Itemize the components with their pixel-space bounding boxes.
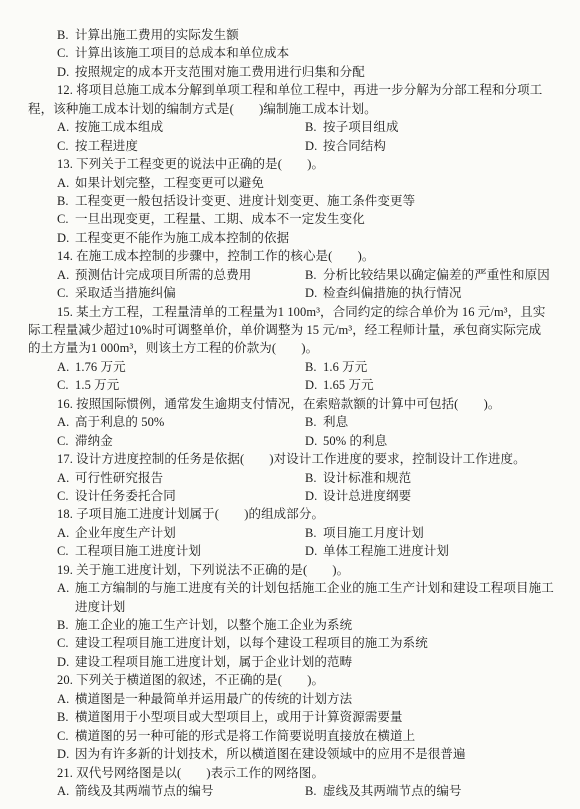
option-line: A.如果计划完整，工程变更可以避免	[28, 174, 555, 192]
text-line: 进度计划	[28, 598, 555, 616]
option-line: C.建设工程项目施工进度计划，以每个建设工程项目的施工为系统	[28, 634, 555, 652]
option-line: A.横道图是一种最简单并运用最广的传统的计划方法	[28, 690, 555, 708]
option-cell: A.预测估计完成项目所需的总费用	[57, 266, 305, 284]
text-line: 际工程量减少超过10%时可调整单价，单价调整为 15 元/m³，经工程师计量，承…	[28, 321, 555, 339]
question-line: 14. 在施工成本控制的步骤中，控制工作的核心是( )。	[28, 247, 555, 265]
option-label: A.	[57, 579, 75, 597]
option-text: 1.5 万元	[75, 378, 119, 392]
option-label: B.	[305, 266, 323, 284]
option-label: A.	[57, 413, 75, 431]
option-cell: A.高于利息的 50%	[57, 413, 305, 431]
option-label: A.	[57, 358, 75, 376]
option-text: 单体工程施工进度计划	[323, 544, 449, 558]
option-text: 施工方编制的与施工进度有关的计划包括施工企业的施工生产计划和建设工程项目施工	[75, 581, 554, 595]
option-cell: B.1.6 万元	[305, 358, 555, 376]
option-line: B.工程变更一般包括设计变更、进度计划变更、施工条件变更等	[28, 192, 555, 210]
question-line: 15. 某土方工程，工程量清单的工程量为1 100m³，合同约定的综合单价为 1…	[28, 303, 555, 321]
option-label: A.	[57, 469, 75, 487]
option-label: D.	[57, 745, 75, 763]
option-text: 利息	[323, 415, 348, 429]
option-text: 采取适当措施纠偏	[75, 286, 176, 300]
option-cell: B.虚线及其两端节点的编号	[305, 782, 555, 800]
option-text: 箭线及其两端节点的编号	[75, 784, 214, 798]
option-cell: B.按子项目组成	[305, 118, 555, 136]
option-label: D.	[305, 137, 323, 155]
option-row: C.工程项目施工进度计划D.单体工程施工进度计划	[28, 542, 555, 560]
exam-page: B.计算出施工费用的实际发生额C.计算出该施工项目的总成本和单位成本D.按照规定…	[0, 0, 580, 809]
option-text: 建设工程项目施工进度计划，以每个建设工程项目的施工为系统	[75, 636, 428, 650]
option-label: D.	[57, 229, 75, 247]
option-cell: C.1.5 万元	[57, 376, 305, 394]
option-row: C.滞纳金D.50% 的利息	[28, 432, 555, 450]
option-text: 计算出施工费用的实际发生额	[75, 28, 239, 42]
option-line: D.建设工程项目施工进度计划，属于企业计划的范畴	[28, 653, 555, 671]
option-line: B.横道图用于小型项目或大型项目上，或用于计算资源需要量	[28, 708, 555, 726]
option-text: 横道图是一种最简单并运用最广的传统的计划方法	[75, 692, 352, 706]
option-label: A.	[57, 524, 75, 542]
option-cell: D.检查纠偏措施的执行情况	[305, 284, 555, 302]
option-text: 1.6 万元	[323, 360, 367, 374]
option-cell: D.50% 的利息	[305, 432, 555, 450]
option-label: A.	[57, 690, 75, 708]
option-text: 按施工成本组成	[75, 120, 163, 134]
option-label: B.	[305, 413, 323, 431]
option-cell: C.工程项目施工进度计划	[57, 542, 305, 560]
question-line: 16. 按照国际惯例，通常发生逾期支付情况，在索赔款额的计算中可包括( )。	[28, 395, 555, 413]
option-text: 按工程进度	[75, 139, 138, 153]
option-label: C.	[57, 432, 75, 450]
option-text: 工程变更不能作为施工成本控制的依据	[75, 231, 289, 245]
option-label: B.	[57, 708, 75, 726]
option-text: 项目施工月度计划	[323, 526, 424, 540]
option-cell: C.滞纳金	[57, 432, 305, 450]
option-line: B.计算出施工费用的实际发生额	[28, 26, 555, 44]
option-cell: B.设计标准和规范	[305, 469, 555, 487]
option-text: 计算出该施工项目的总成本和单位成本	[75, 46, 289, 60]
option-cell: D.单体工程施工进度计划	[305, 542, 555, 560]
option-text: 1.65 万元	[323, 378, 374, 392]
option-label: C.	[57, 487, 75, 505]
option-line: C.横道图的另一种可能的形式是将工作简要说明直接放在横道上	[28, 727, 555, 745]
question-line: 13. 下列关于工程变更的说法中正确的是( )。	[28, 155, 555, 173]
option-text: 工程变更一般包括设计变更、进度计划变更、施工条件变更等	[75, 194, 415, 208]
option-text: 按子项目组成	[323, 120, 399, 134]
option-text: 滞纳金	[75, 434, 113, 448]
option-text: 检查纠偏措施的执行情况	[323, 286, 462, 300]
option-line: D.工程变更不能作为施工成本控制的依据	[28, 229, 555, 247]
option-label: B.	[57, 192, 75, 210]
option-text: 企业年度生产计划	[75, 526, 176, 540]
option-label: A.	[57, 266, 75, 284]
option-label: B.	[305, 782, 323, 800]
option-label: C.	[57, 284, 75, 302]
question-line: 21. 双代号网络图是以( )表示工作的网络图。	[28, 764, 555, 782]
option-row: A.按施工成本组成B.按子项目组成	[28, 118, 555, 136]
option-row: C.设计任务委托合同D.设计总进度纲要	[28, 487, 555, 505]
option-text: 分析比较结果以确定偏差的严重性和原因	[323, 268, 550, 282]
option-label: C.	[57, 210, 75, 228]
option-label: C.	[57, 542, 75, 560]
option-cell: A.企业年度生产计划	[57, 524, 305, 542]
option-text: 如果计划完整，工程变更可以避免	[75, 176, 264, 190]
option-label: D.	[305, 284, 323, 302]
option-text: 因为有许多新的计划技术，所以横道图在建设领域中的应用不是很普遍	[75, 747, 466, 761]
option-label: B.	[57, 616, 75, 634]
option-text: 按照规定的成本开支范围对施工费用进行归集和分配	[75, 65, 365, 79]
option-line: D.按照规定的成本开支范围对施工费用进行归集和分配	[28, 63, 555, 81]
option-row: A.可行性研究报告B.设计标准和规范	[28, 469, 555, 487]
option-cell: D.1.65 万元	[305, 376, 555, 394]
option-row: C.1.5 万元D.1.65 万元	[28, 376, 555, 394]
option-cell: D.设计总进度纲要	[305, 487, 555, 505]
option-cell: B.项目施工月度计划	[305, 524, 555, 542]
option-line: C.一旦出现变更，工程量、工期、成本不一定发生变化	[28, 210, 555, 228]
option-text: 建设工程项目施工进度计划，属于企业计划的范畴	[75, 655, 352, 669]
option-row: C.按工程进度D.按合同结构	[28, 137, 555, 155]
option-label: C.	[57, 376, 75, 394]
option-cell: C.设计任务委托合同	[57, 487, 305, 505]
option-label: D.	[305, 432, 323, 450]
option-text: 1.76 万元	[75, 360, 126, 374]
option-cell: C.采取适当措施纠偏	[57, 284, 305, 302]
option-text: 设计标准和规范	[323, 471, 411, 485]
option-label: A.	[57, 782, 75, 800]
option-row: C.采取适当措施纠偏D.检查纠偏措施的执行情况	[28, 284, 555, 302]
option-text: 可行性研究报告	[75, 471, 163, 485]
option-row: A.1.76 万元B.1.6 万元	[28, 358, 555, 376]
option-line: B.施工企业的施工生产计划，以整个施工企业为系统	[28, 616, 555, 634]
option-label: C.	[57, 137, 75, 155]
option-line: C.计算出该施工项目的总成本和单位成本	[28, 44, 555, 62]
question-line: 17. 设计方进度控制的任务是依据( )对设计工作进度的要求，控制设计工作进度。	[28, 450, 555, 468]
option-label: C.	[57, 727, 75, 745]
option-text: 设计任务委托合同	[75, 489, 176, 503]
option-text: 设计总进度纲要	[323, 489, 411, 503]
option-label: B.	[57, 26, 75, 44]
option-row: A.高于利息的 50%B.利息	[28, 413, 555, 431]
question-line: 12. 将项目总施工成本分解到单项工程和单位工程中，再进一步分解为分部工程和分项…	[28, 81, 555, 99]
option-label: B.	[305, 469, 323, 487]
option-cell: A.1.76 万元	[57, 358, 305, 376]
option-line: D.因为有许多新的计划技术，所以横道图在建设领域中的应用不是很普遍	[28, 745, 555, 763]
question-line: 20. 下列关于横道图的叙述，不正确的是( )。	[28, 671, 555, 689]
text-line: 的土方量为1 000m³，则该土方工程的价款为( )。	[28, 339, 555, 357]
exam-text-block: B.计算出施工费用的实际发生额C.计算出该施工项目的总成本和单位成本D.按照规定…	[28, 26, 555, 800]
option-row: A.企业年度生产计划B.项目施工月度计划	[28, 524, 555, 542]
question-line: 19. 关于施工进度计划，下列说法不正确的是( )。	[28, 561, 555, 579]
option-label: D.	[305, 376, 323, 394]
option-text: 虚线及其两端节点的编号	[323, 784, 462, 798]
option-label: C.	[57, 634, 75, 652]
option-label: A.	[57, 174, 75, 192]
option-text: 一旦出现变更，工程量、工期、成本不一定发生变化	[75, 212, 365, 226]
option-label: D.	[57, 63, 75, 81]
option-cell: B.分析比较结果以确定偏差的严重性和原因	[305, 266, 555, 284]
option-cell: C.按工程进度	[57, 137, 305, 155]
question-line: 18. 子项目施工进度计划属于( )的组成部分。	[28, 505, 555, 523]
option-label: D.	[57, 653, 75, 671]
option-text: 预测估计完成项目所需的总费用	[75, 268, 251, 282]
option-row: A.预测估计完成项目所需的总费用B.分析比较结果以确定偏差的严重性和原因	[28, 266, 555, 284]
option-label: B.	[305, 524, 323, 542]
option-text: 施工企业的施工生产计划，以整个施工企业为系统	[75, 618, 352, 632]
option-cell: D.按合同结构	[305, 137, 555, 155]
option-label: D.	[305, 487, 323, 505]
option-text: 横道图用于小型项目或大型项目上，或用于计算资源需要量	[75, 710, 403, 724]
option-label: A.	[57, 118, 75, 136]
option-cell: A.可行性研究报告	[57, 469, 305, 487]
option-label: B.	[305, 358, 323, 376]
option-text: 工程项目施工进度计划	[75, 544, 201, 558]
option-cell: A.按施工成本组成	[57, 118, 305, 136]
option-cell: B.利息	[305, 413, 555, 431]
option-label: D.	[305, 542, 323, 560]
option-text: 50% 的利息	[323, 434, 387, 448]
option-row: A.箭线及其两端节点的编号B.虚线及其两端节点的编号	[28, 782, 555, 800]
option-text: 按合同结构	[323, 139, 386, 153]
text-line: 程，该种施工成本计划的编制方式是( )编制施工成本计划。	[28, 100, 555, 118]
option-label: B.	[305, 118, 323, 136]
option-line: A.施工方编制的与施工进度有关的计划包括施工企业的施工生产计划和建设工程项目施工	[28, 579, 555, 597]
option-cell: A.箭线及其两端节点的编号	[57, 782, 305, 800]
option-label: C.	[57, 44, 75, 62]
option-text: 横道图的另一种可能的形式是将工作简要说明直接放在横道上	[75, 729, 415, 743]
option-text: 高于利息的 50%	[75, 415, 164, 429]
